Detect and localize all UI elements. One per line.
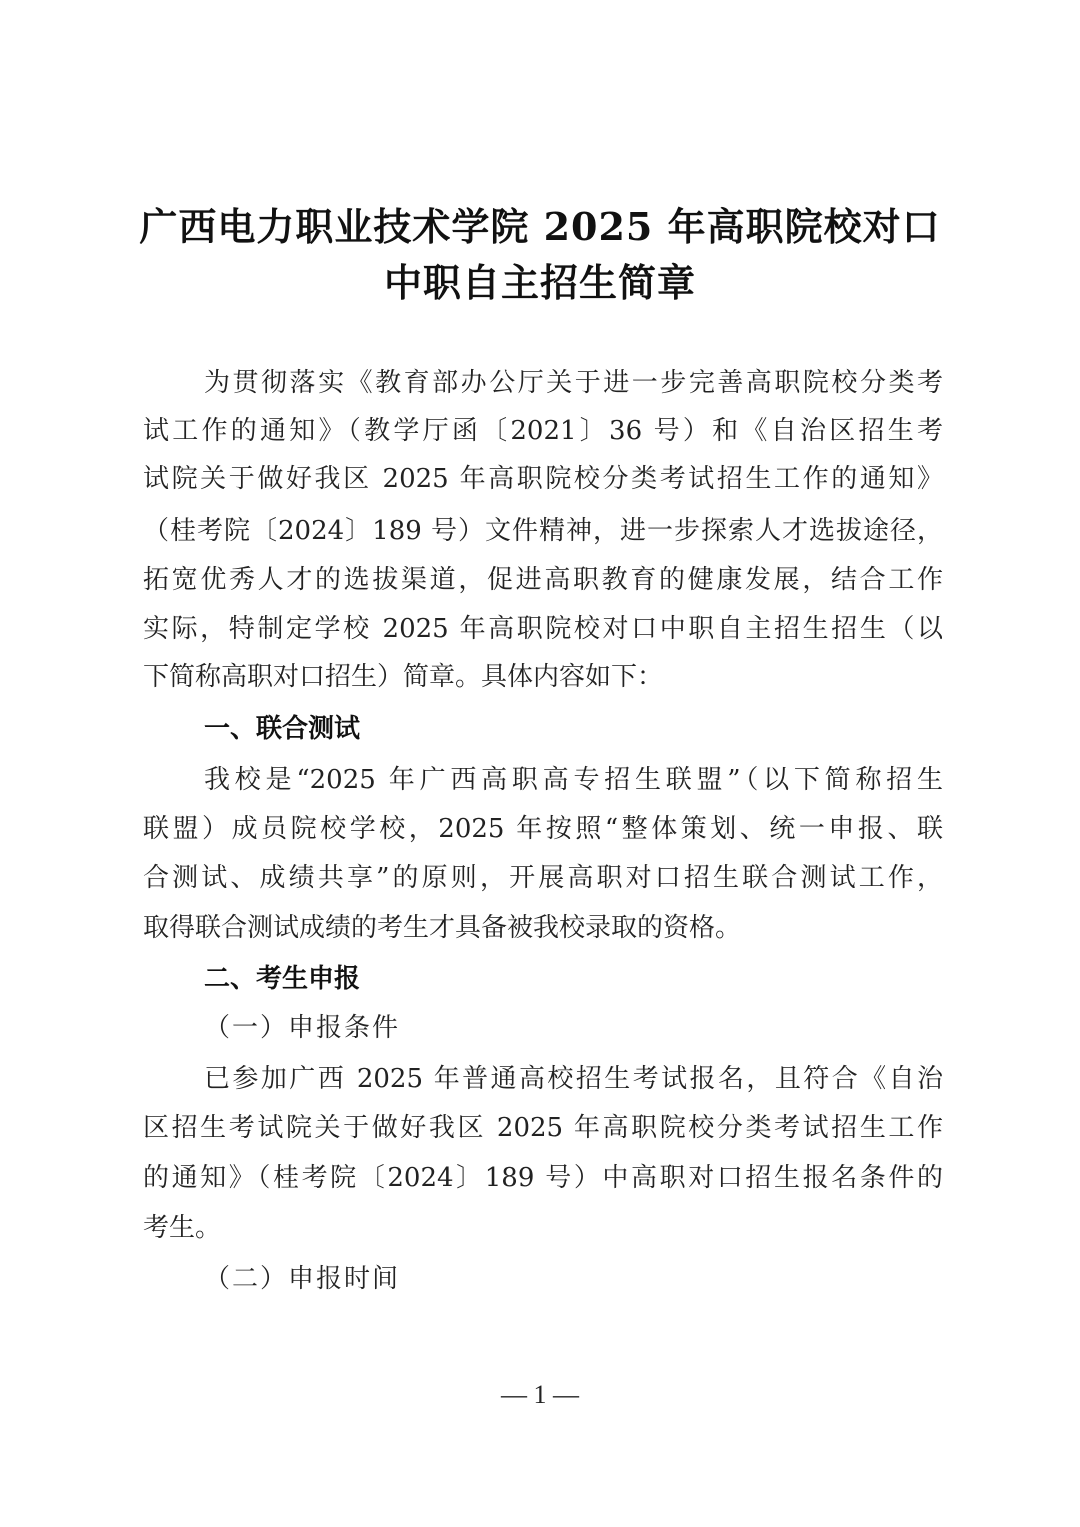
intro-line: 实际，特制定学校 2025 年高职院校对口中职自主招生招生（以 xyxy=(143,612,943,646)
intro-line: 试院关于做好我区 2025 年高职院校分类考试招生工作的通知》 xyxy=(143,462,943,496)
intro-line: （桂考院〔2024〕189 号）文件精神，进一步探索人才选拔途径， xyxy=(143,514,943,548)
section1-line: 合测试、成绩共享”的原则，开展高职对口招生联合测试工作， xyxy=(143,861,943,895)
intro-line: 下简称高职对口招生）简章。具体内容如下： xyxy=(143,660,943,694)
document-title-line-2: 中职自主招生简章 xyxy=(0,252,1080,307)
conditions-line: 的通知》（桂考院〔2024〕189 号）中高职对口招生报名条件的 xyxy=(143,1161,943,1195)
intro-line: 为贯彻落实《教育部办公厅关于进一步完善高职院校分类考 xyxy=(204,366,943,400)
subsection-heading-conditions: （一）申报条件 xyxy=(204,1011,400,1045)
section1-line: 取得联合测试成绩的考生才具备被我校录取的资格。 xyxy=(143,911,943,945)
conditions-line: 考生。 xyxy=(143,1211,943,1245)
subsection-heading-time: （二）申报时间 xyxy=(204,1262,400,1296)
conditions-line: 区招生考试院关于做好我区 2025 年高职院校分类考试招生工作 xyxy=(143,1111,943,1145)
section-heading-joint-test: 一、联合测试 xyxy=(204,712,360,746)
conditions-line: 已参加广西 2025 年普通高校招生考试报名，且符合《自治 xyxy=(204,1062,943,1096)
page-number: — 1 — xyxy=(0,1380,1080,1410)
section-heading-application: 二、考生申报 xyxy=(204,962,360,996)
section1-line: 联盟）成员院校学校，2025 年按照“整体策划、统一申报、联 xyxy=(143,812,943,846)
intro-line: 试工作的通知》（教学厅函〔2021〕36 号）和《自治区招生考 xyxy=(143,414,943,448)
document-title-line-1: 广西电力职业技术学院 2025 年高职院校对口 xyxy=(0,196,1080,251)
section1-line: 我校是“2025 年广西高职高专招生联盟”（以下简称招生 xyxy=(204,763,943,797)
intro-line: 拓宽优秀人才的选拔渠道，促进高职教育的健康发展，结合工作 xyxy=(143,563,943,597)
